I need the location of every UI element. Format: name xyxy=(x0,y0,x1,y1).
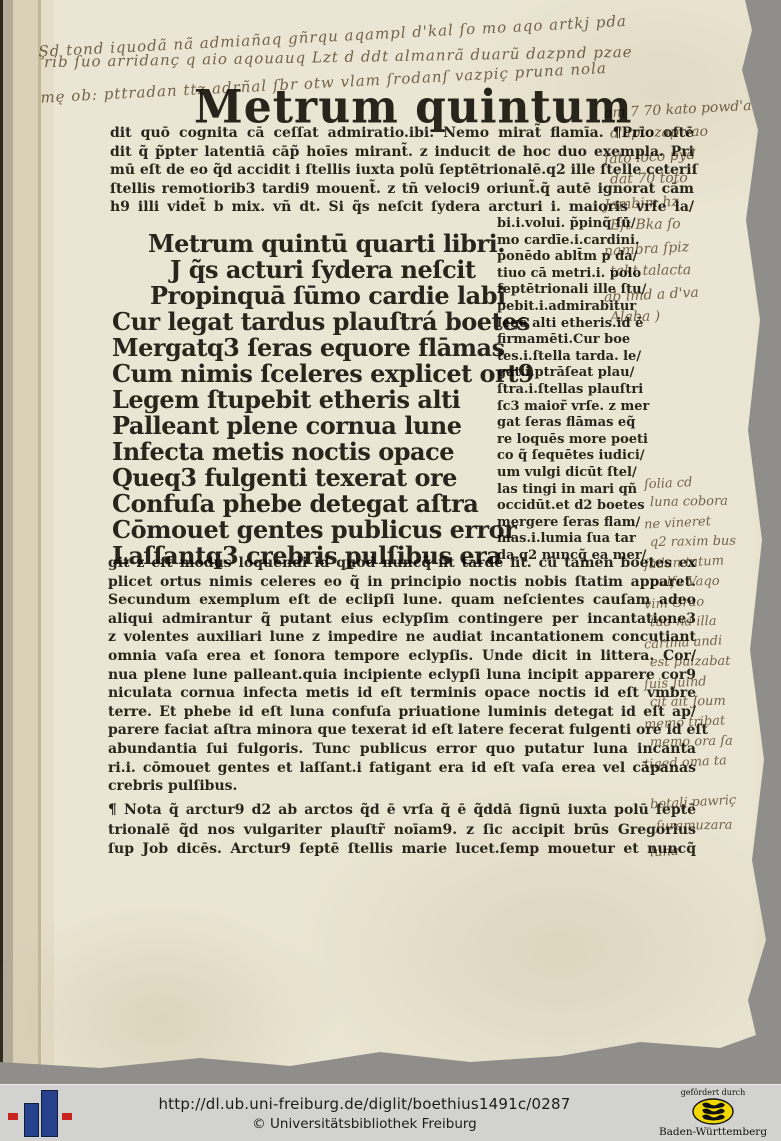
logo-blue-bar-short xyxy=(24,1103,39,1137)
gloss-line: ſc3 maior̃ vrſe. z mer xyxy=(497,399,695,416)
gloss-line: gat.i.ptrāſeat plau/ xyxy=(497,365,695,382)
gloss-line: mergere ſeras flam/ xyxy=(497,515,695,532)
gloss-line: legē alti etheris.id ē xyxy=(497,316,695,333)
logo-red-mark xyxy=(8,1113,18,1120)
gloss-line: co q̃ ſequētes iudici/ xyxy=(497,448,695,465)
badge-label: Baden-Württemberg xyxy=(659,1126,767,1138)
badge-caption: gefördert durch xyxy=(681,1088,746,1097)
printed-line: abundantia ſui fulgoris. Tunc publicus e… xyxy=(108,740,696,759)
printed-line: git z eſt modus loquendi id quod nuncq̃ … xyxy=(108,554,696,573)
gloss-line: firmamēti.Cur boe xyxy=(497,332,695,349)
printed-line: ri.i. cōmouet gentes et laſſant.i fatiga… xyxy=(108,759,696,778)
printed-line: dit quō cognita cā ceſſat admiratio.ibi.… xyxy=(110,124,694,143)
viewer-footer: http://dl.ub.uni-freiburg.de/diglit/boet… xyxy=(0,1084,781,1141)
intro-paragraph: dit quō cognita cā ceſſat admiratio.ibi.… xyxy=(110,124,694,217)
printed-line: ſtellis remotiorib3 tardi9 mouent̃. z tñ… xyxy=(110,180,694,199)
gloss-line: ſtra.i.ſtellas plauſtri xyxy=(497,382,695,399)
printed-line: z volentes auxiliari lune z impedire ne … xyxy=(108,628,696,647)
gloss-line: re loquēs more poeti xyxy=(497,432,695,449)
printed-line: h9 illi videt̃ b mix. vñ dt. Si q̃s neſc… xyxy=(110,198,694,217)
gloss-line: las tingi in mari qñ xyxy=(497,482,695,499)
nota-paragraph: ¶ Nota q̃ arctur9 d2 ab arctos q̃d ē vrſ… xyxy=(108,801,696,860)
gloss-column: bi.i.volui. p̃pinq̃ ſū/mo cardīe.i.cardi… xyxy=(497,216,695,564)
gloss-line: ſeptētrionali ille ſtu/ xyxy=(497,282,695,299)
gloss-line: pebit.i.admirabitur xyxy=(497,299,695,316)
source-url[interactable]: http://dl.ub.uni-freiburg.de/diglit/boet… xyxy=(80,1095,649,1113)
footer-text: http://dl.ub.uni-freiburg.de/diglit/boet… xyxy=(80,1095,649,1132)
printed-line: terre. Et phebe id eſt luna confuſa priu… xyxy=(108,703,696,722)
gloss-line: ponēdo ablt̄m p da/ xyxy=(497,249,695,266)
printed-line: Secundum exemplum eſt de eclipſi lune. q… xyxy=(108,591,696,610)
logo-blue-bar-tall xyxy=(41,1090,58,1137)
gloss-line: bi.i.volui. p̃pinq̃ ſū/ xyxy=(497,216,695,233)
printed-line: dit q̃ p̃pter latentiā cāp̃ hoīes mirant… xyxy=(110,143,694,162)
printed-line: mū eſt de eo q̃d accidit i ſtellis iuxta… xyxy=(110,161,694,180)
printed-line: nua plene lune palleant.quia incipiente … xyxy=(108,666,696,685)
gloss-line: mas.i.lumia ſua tar xyxy=(497,531,695,548)
printed-line: omnia vaſa erea et ſonora tempore eclypſ… xyxy=(108,647,696,666)
gloss-line: tiuo cā metri.i. polo xyxy=(497,266,695,283)
book-page-scan: Şd tond iquodã nã admiañaq gñrqu aqampl … xyxy=(0,0,781,1082)
logo-red-mark xyxy=(62,1113,72,1120)
printed-line: crebris pulſibus. xyxy=(108,777,696,796)
printed-line: ſup Job dicēs. Arctur9 ſeptē ſtellis mar… xyxy=(108,840,696,860)
scanned-book-viewer: Şd tond iquodã nã admiañaq gñrqu aqampl … xyxy=(0,0,781,1141)
printed-line: parere faciat aſtra minora que texerat i… xyxy=(108,721,696,740)
gloss-line: gat ſeras flāmas eq̃ xyxy=(497,415,695,432)
printed-line: ¶ Nota q̃ arctur9 d2 ab arctos q̃d ē vrſ… xyxy=(108,801,696,821)
funding-badge: gefördert durch Baden-Württemberg xyxy=(649,1088,781,1138)
commentary-paragraph: git z eſt modus loquendi id quod nuncq̃ … xyxy=(108,554,696,796)
gloss-line: um vulgi dicūt ſtel/ xyxy=(497,465,695,482)
gloss-line: mo cardīe.i.cardini. xyxy=(497,233,695,250)
gloss-line: tes.i.ſtella tarda. le/ xyxy=(497,349,695,366)
gloss-line: occidūt.et d2 boetes xyxy=(497,498,695,515)
printed-line: plicet ortus nimis celeres eo q̃ in prin… xyxy=(108,573,696,592)
ub-freiburg-logo-icon xyxy=(0,1087,80,1139)
printed-line: aliqui admirantur q̃ putant eius eclypſi… xyxy=(108,610,696,629)
copyright-notice: © Universitätsbibliothek Freiburg xyxy=(80,1116,649,1132)
baden-wuerttemberg-coat-of-arms-icon xyxy=(692,1098,734,1125)
printed-line: trionalē q̃d nos vulgariter plauſtr̃ noī… xyxy=(108,821,696,841)
printed-line: niculata cornua infecta metis id eſt ter… xyxy=(108,684,696,703)
